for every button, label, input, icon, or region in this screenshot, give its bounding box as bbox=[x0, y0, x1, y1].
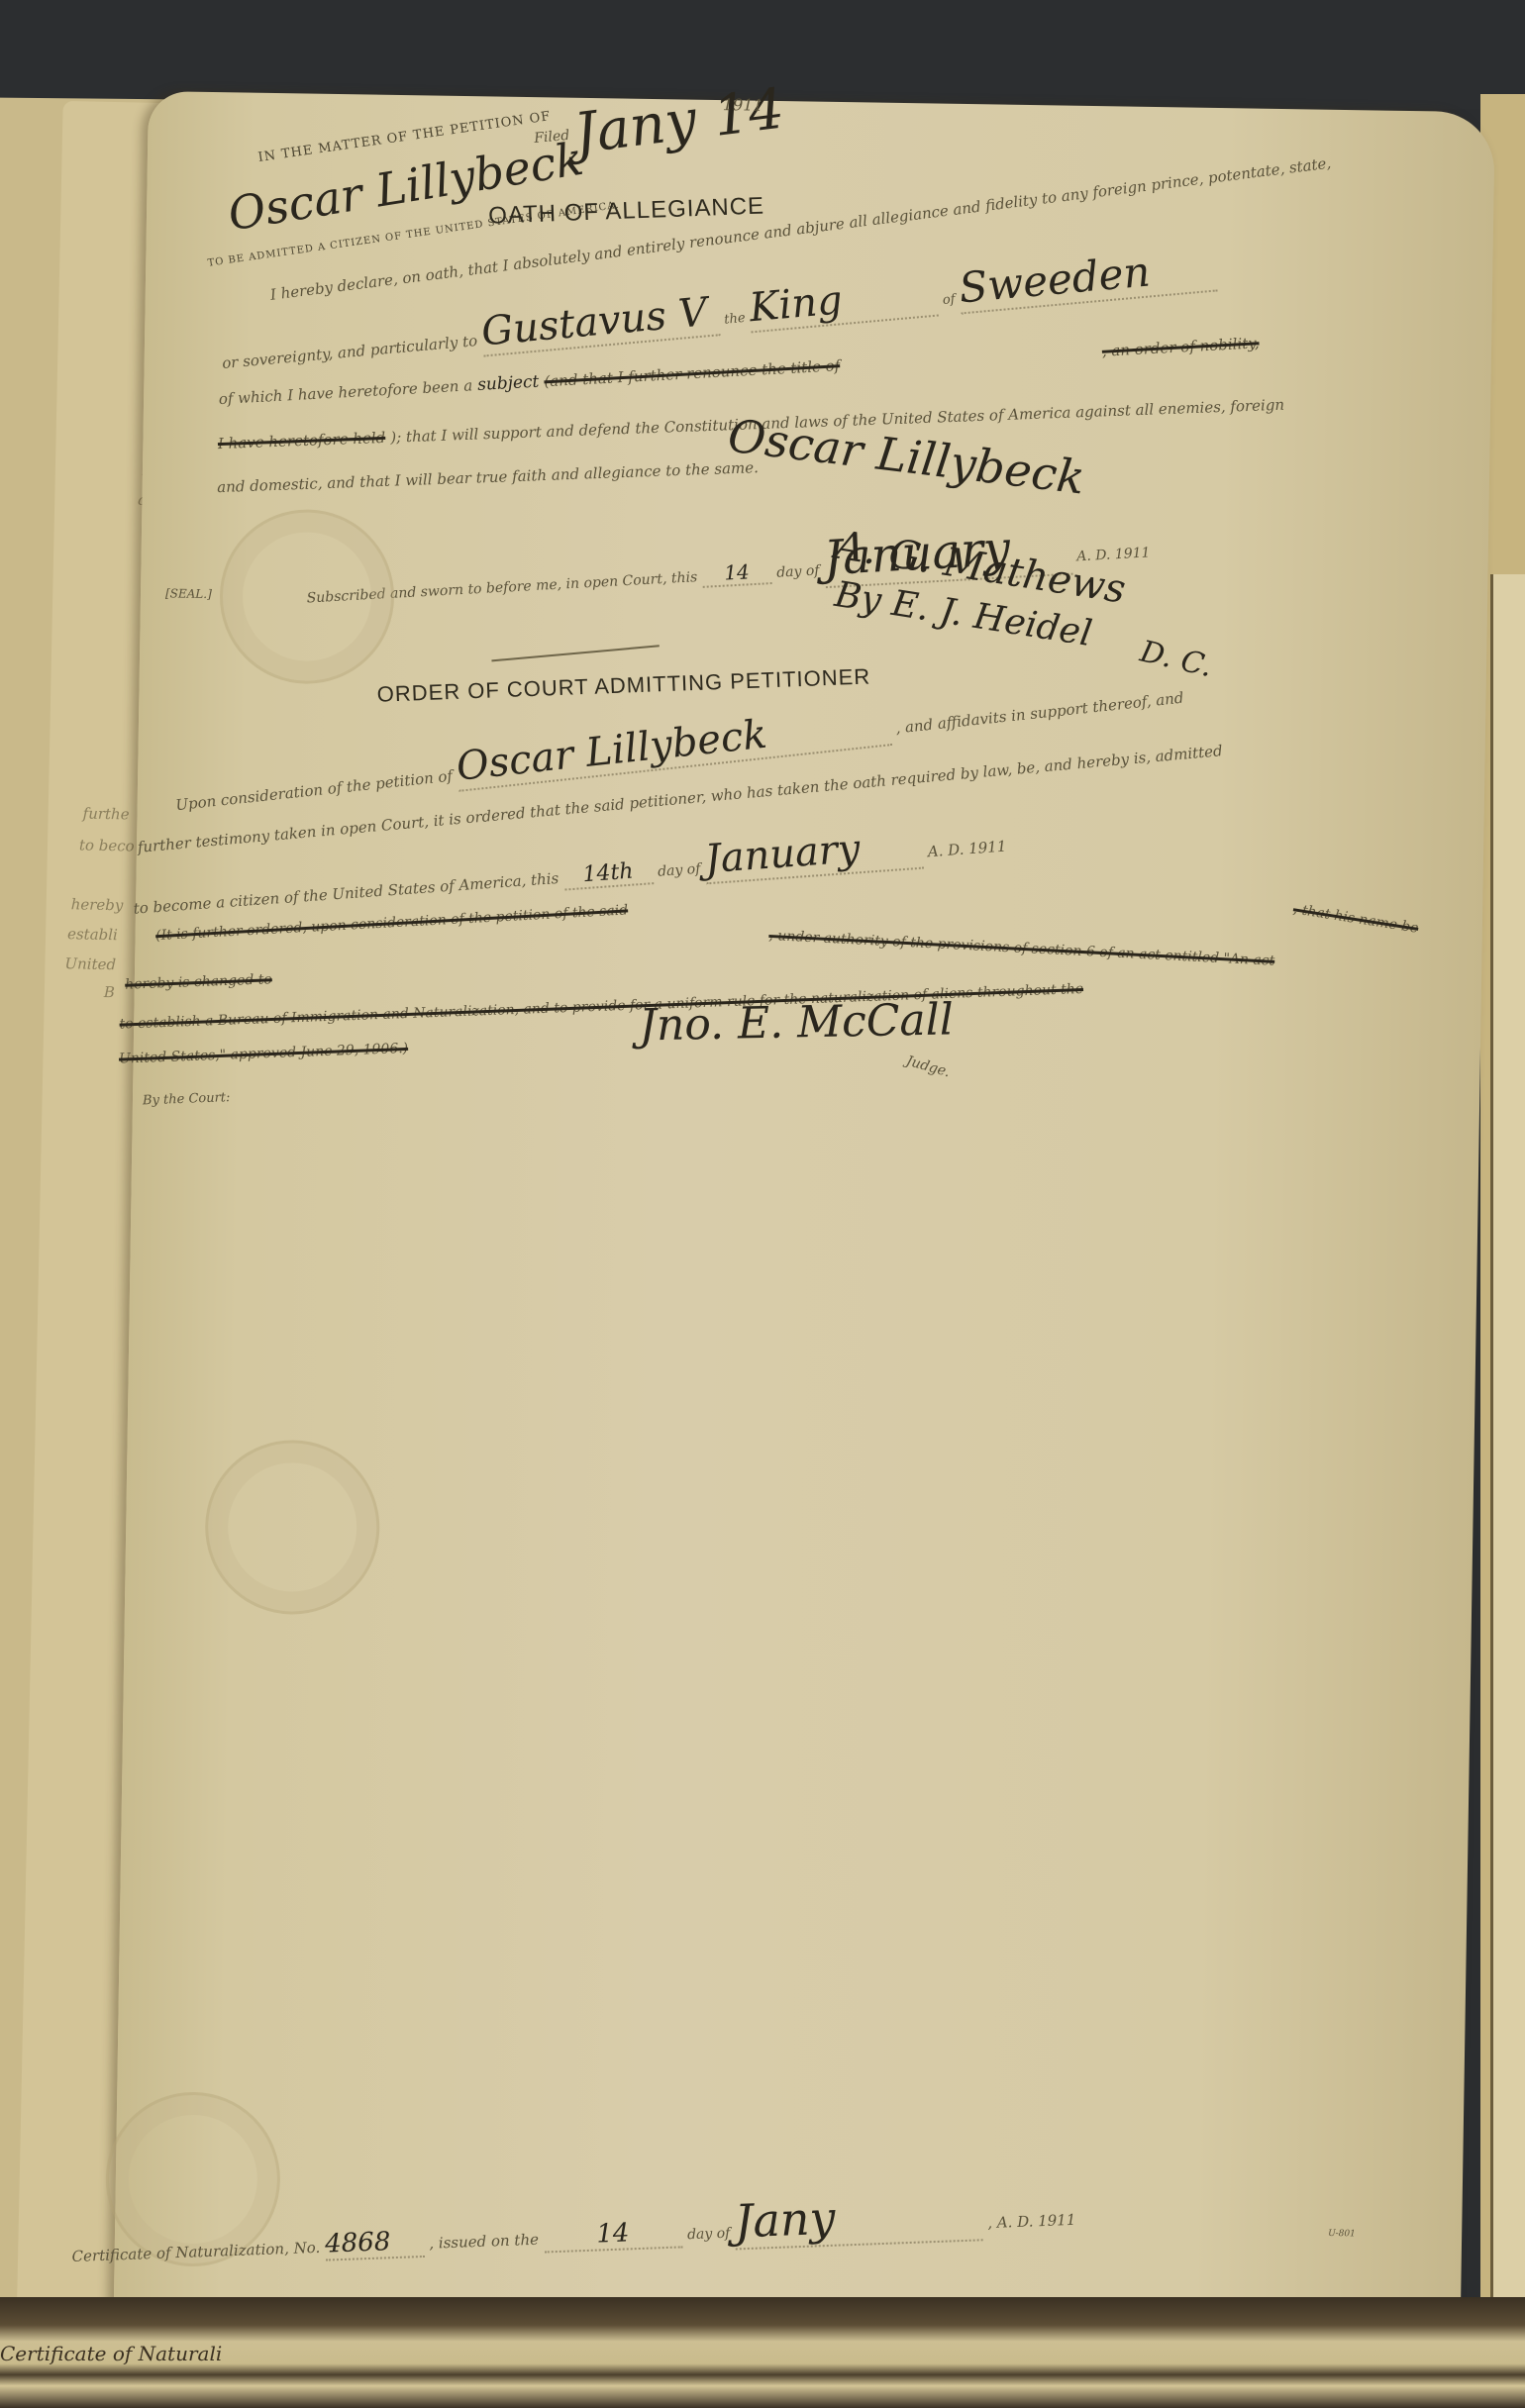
underlying-certificate-fragment: Certificate of Naturali bbox=[0, 2342, 222, 2365]
certificate-number-handwritten: 4868 bbox=[325, 2226, 425, 2261]
page-stack-bottom bbox=[0, 2297, 1525, 2408]
certificate-month-handwritten: Jany bbox=[734, 2185, 983, 2250]
admit-day-handwritten: 14th bbox=[562, 857, 654, 890]
sovereign-title-handwritten: King bbox=[748, 269, 940, 334]
certificate-label: Certificate of Naturalization, No. bbox=[71, 2239, 320, 2265]
order-line-1-prefix: Upon consideration of the petition of bbox=[174, 766, 453, 814]
struck-order-line-1c: , that his name be bbox=[1292, 901, 1420, 937]
under-text-line: establi bbox=[67, 925, 118, 944]
under-text-line: United bbox=[64, 954, 116, 973]
under-text-line: to beco bbox=[79, 836, 135, 854]
struck-order-line-3: United States," approved June 29, 1906.) bbox=[119, 1041, 409, 1067]
oath-line-5: and domestic, and that I will bear true … bbox=[217, 458, 759, 496]
embossed-seal-upper bbox=[219, 508, 396, 685]
judge-signature: Jno. E. McCall bbox=[639, 994, 954, 1051]
judge-title: Judge. bbox=[904, 1053, 952, 1081]
under-text-line: B bbox=[104, 983, 115, 1001]
seal-label: [SEAL.] bbox=[165, 586, 212, 601]
certificate-day-handwritten: 14 bbox=[543, 2216, 682, 2253]
right-page-insert bbox=[1490, 574, 1525, 2406]
subject-handwritten: subject bbox=[477, 372, 540, 395]
admit-month-handwritten: January bbox=[703, 822, 924, 885]
section-divider bbox=[491, 645, 660, 661]
oath-title: OATH OF ALLEGIANCE bbox=[488, 192, 765, 230]
struck-nobility-clause: , an order of nobility, bbox=[1101, 334, 1260, 360]
filed-label: Filed bbox=[534, 128, 570, 147]
order-title: ORDER OF COURT ADMITTING PETITIONER bbox=[376, 663, 870, 707]
embossed-seal-middle bbox=[204, 1439, 381, 1616]
under-text-line: furthe bbox=[82, 804, 129, 823]
admit-ad-label: A. D. 1911 bbox=[927, 838, 1007, 861]
filed-year: 1911 bbox=[723, 95, 763, 115]
certificate-ad-label: , A. D. 1911 bbox=[987, 2211, 1076, 2232]
struck-order-line-2: hereby is changed to bbox=[125, 971, 272, 992]
under-text-line: hereby bbox=[71, 895, 124, 914]
oath-line-2-prefix: or sovereignty, and particularly to bbox=[221, 332, 477, 372]
struck-held-clause: I have heretofore held bbox=[218, 429, 386, 452]
certificate-issued-label: , issued on the bbox=[429, 2231, 539, 2253]
naturalization-form-page: IN THE MATTER OF THE PETITION OF Oscar L… bbox=[114, 91, 1495, 2340]
of-label: of bbox=[942, 292, 956, 308]
struck-title-clause: (and that I further renounce the title o… bbox=[544, 356, 841, 390]
oath-line-3-prefix: of which I have heretofore been a bbox=[218, 376, 472, 408]
form-code: U-801 bbox=[1328, 2229, 1356, 2239]
sworn-day-of-label: day of bbox=[776, 562, 820, 580]
order-day-of-label: day of bbox=[658, 861, 701, 880]
the-label: the bbox=[724, 311, 747, 328]
by-the-court-label: By the Court: bbox=[143, 1090, 231, 1108]
certificate-day-of-label: day of bbox=[687, 2226, 731, 2244]
sworn-day-handwritten: 14 bbox=[701, 558, 771, 588]
struck-order-line-1b: , under authority of the provisions of s… bbox=[768, 928, 1275, 969]
order-line-1-suffix: , and affidavits in support thereof, and bbox=[895, 689, 1185, 738]
country-handwritten: Sweeden bbox=[957, 242, 1218, 315]
sovereign-name-handwritten: Gustavus V bbox=[479, 288, 720, 356]
